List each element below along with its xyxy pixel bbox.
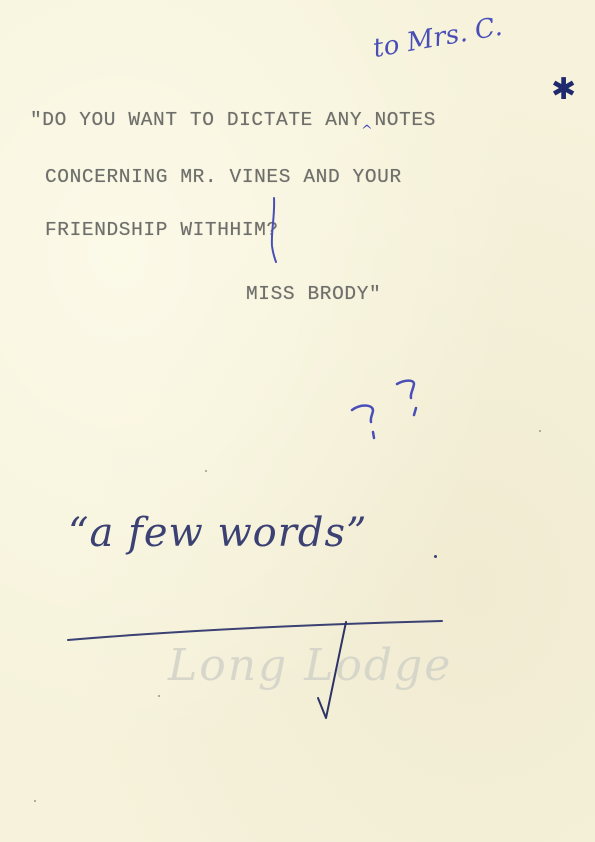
paper-speck	[158, 695, 160, 697]
quote-period	[434, 555, 437, 558]
typed-line-3: FRIENDSHIP WITHHIM?	[45, 219, 279, 241]
asterisk-icon: ✱	[551, 72, 576, 107]
document-page: "DO YOU WANT TO DICTATE ANY NOTES CONCER…	[0, 0, 595, 842]
paper-speck	[539, 430, 541, 432]
separator-mark	[268, 196, 280, 266]
question-marks	[340, 370, 430, 445]
paper-speck	[205, 470, 207, 472]
handwritten-insertion: to Mrs. C.	[371, 12, 505, 64]
insertion-caret-icon: ^	[361, 123, 373, 139]
paper-speck	[34, 800, 36, 802]
typed-line-2: CONCERNING MR. VINES AND YOUR	[45, 166, 402, 188]
faded-bleedthrough-text: Long Lodge	[168, 640, 452, 691]
typed-line-1: "DO YOU WANT TO DICTATE ANY NOTES	[30, 109, 436, 131]
question-marks-icon	[340, 370, 430, 440]
handwritten-quote: “a few words”	[68, 510, 367, 556]
typed-signature: MISS BRODY"	[246, 283, 381, 305]
checkmark-icon	[316, 620, 356, 730]
